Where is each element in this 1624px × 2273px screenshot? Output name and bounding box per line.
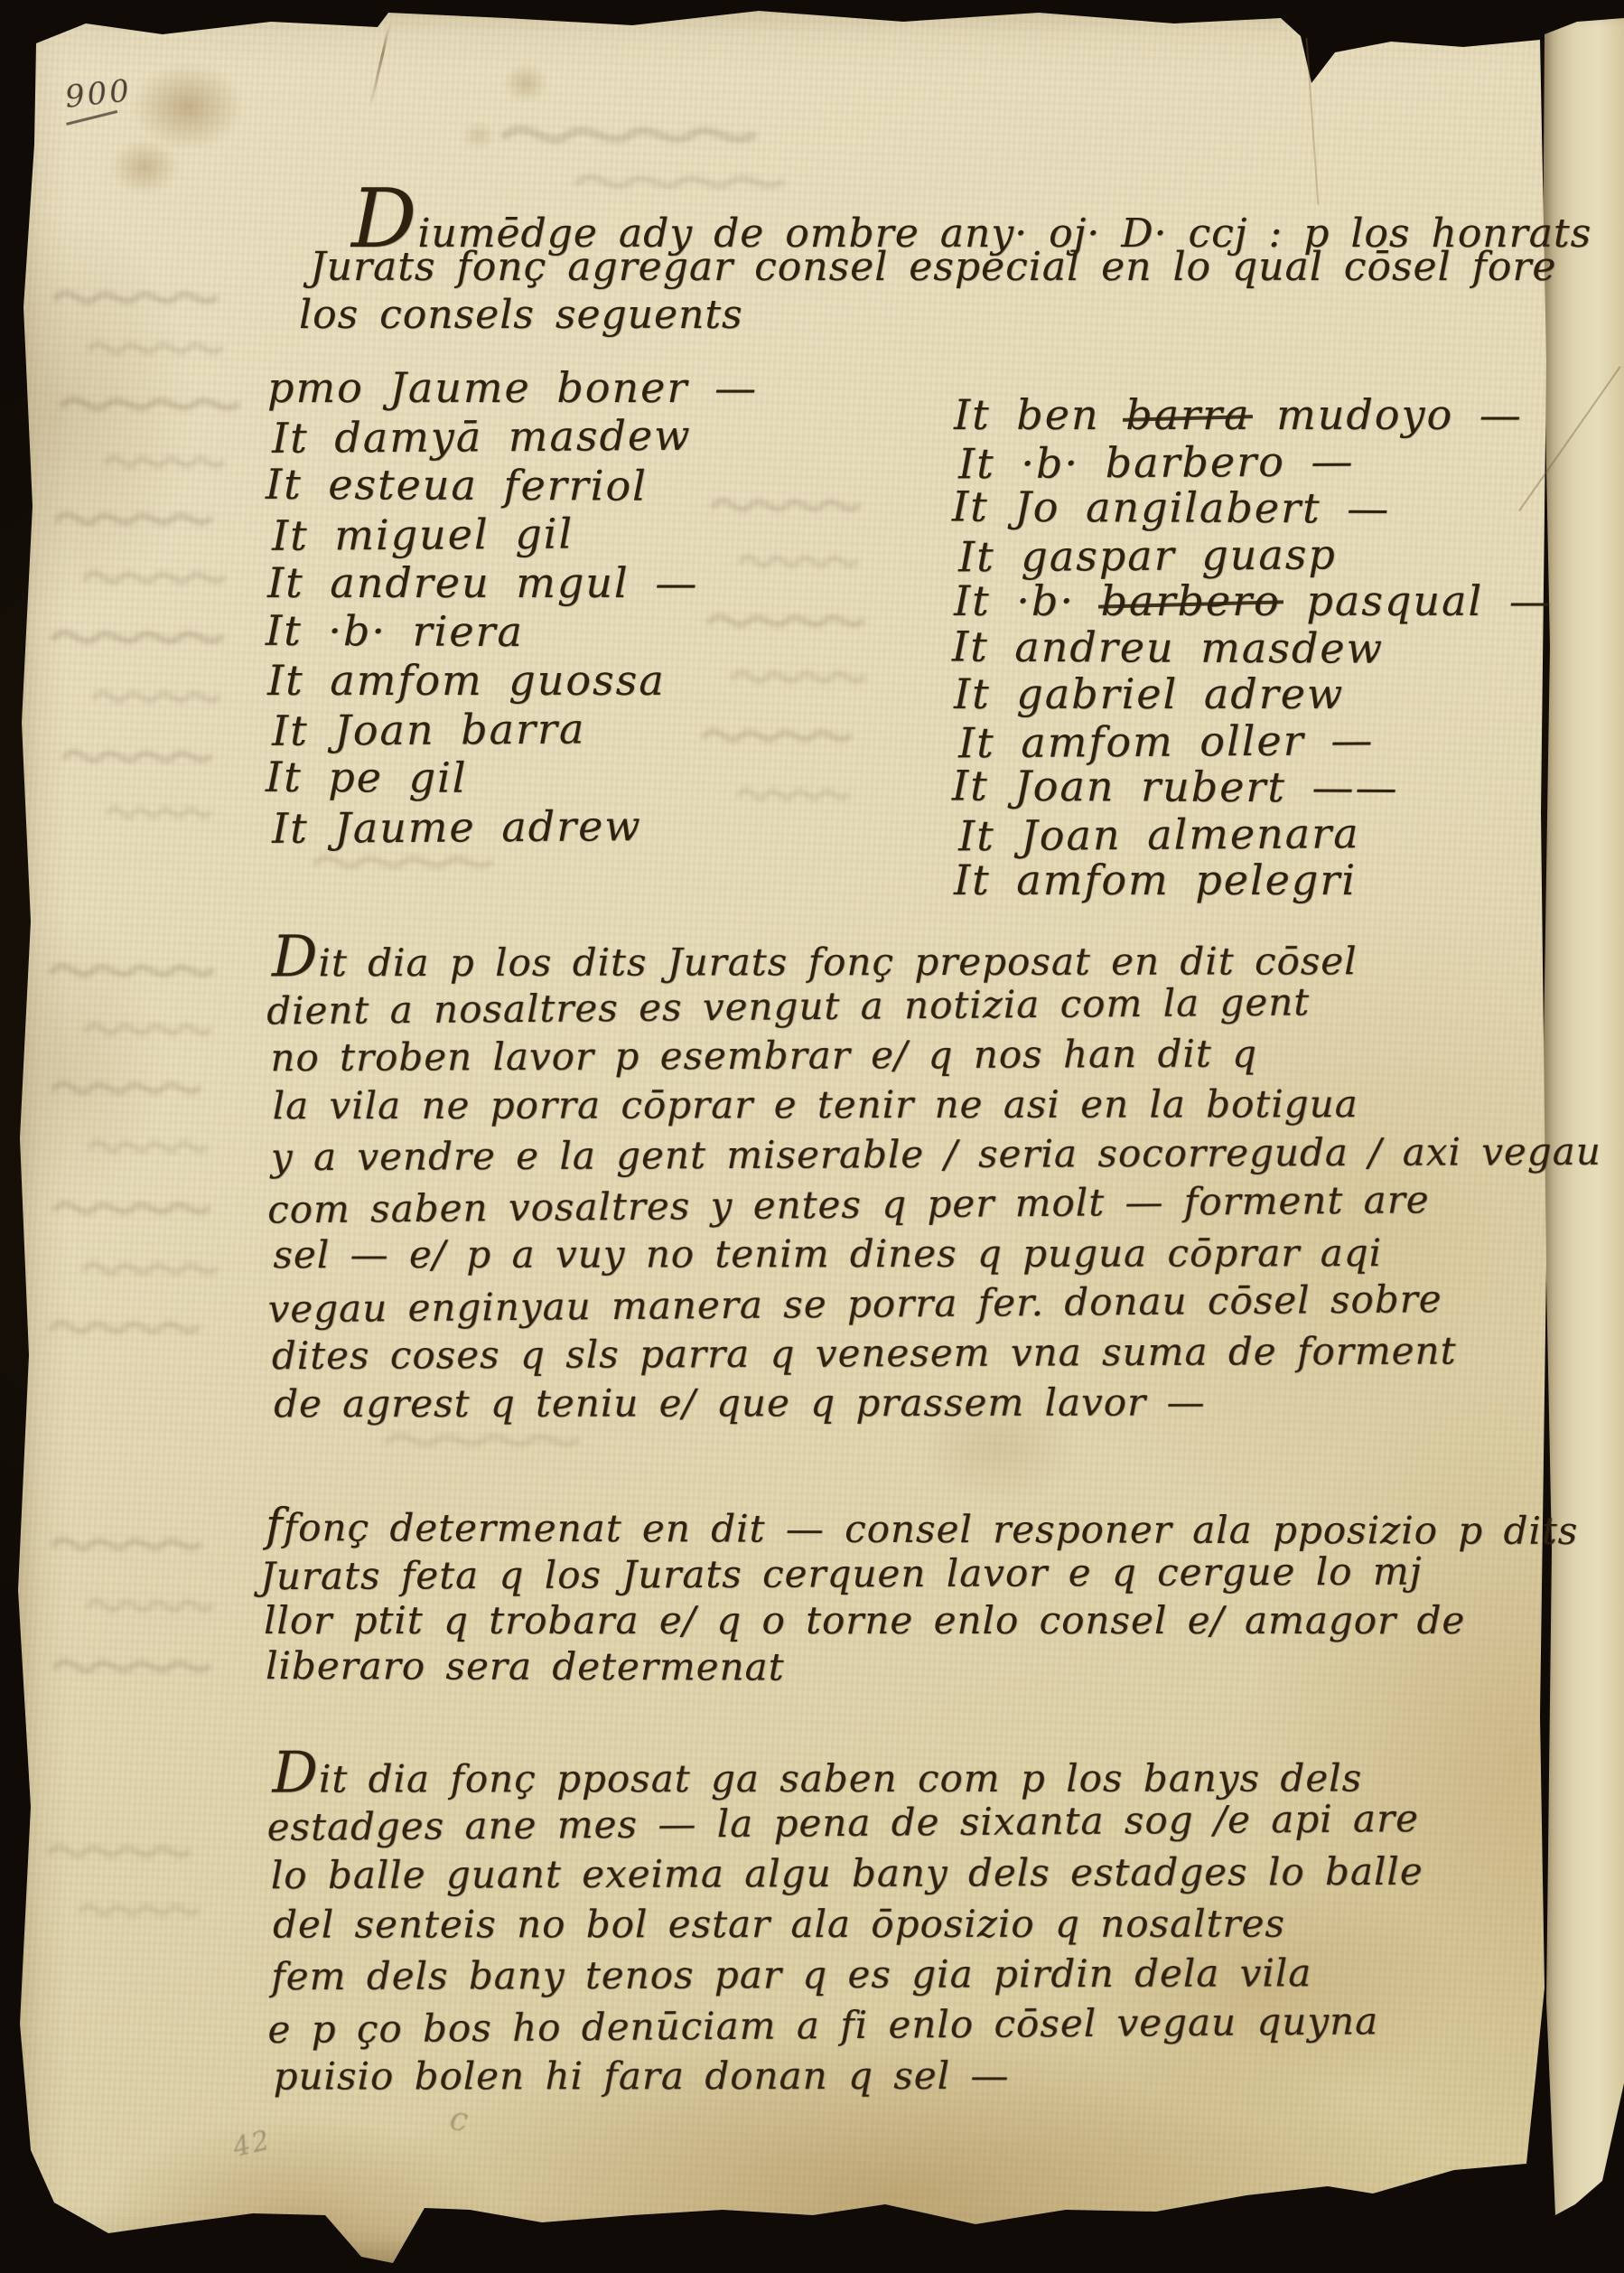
councillor-name: It gabriel adrew <box>954 671 1553 718</box>
manuscript-line: vegau enginyau manera se porra fer. dona… <box>267 1273 1598 1334</box>
councillors-left-column: pmo Jaume boner —It damyā masdewIt esteu… <box>267 363 758 851</box>
manuscript-line: y a vendre e la gent miserable / seria s… <box>271 1127 1601 1182</box>
manuscript-line: Jurats feta q los Jurats cerquen lavor e… <box>260 1548 1573 1600</box>
councillor-name: It ·b· barbero — <box>958 436 1557 487</box>
councillor-name: It amfom pelegri <box>954 857 1553 904</box>
councillor-name: It Joan barra <box>272 703 762 755</box>
councillor-name: It miguel gil <box>272 508 762 560</box>
manuscript-line: sel — e/ p a vuy no tenim dines q pugua … <box>273 1228 1603 1280</box>
paragraph-resolution: ffonç determenat en dit — consel respone… <box>264 1503 1576 1691</box>
councillor-name: It ben barra mudoyo — <box>954 392 1553 439</box>
councillor-name: It Joan rubert —— <box>952 763 1551 812</box>
manuscript-line: los consels seguents <box>299 291 1591 339</box>
manuscript-line: ffonç determenat en dit — consel respone… <box>266 1501 1578 1552</box>
manuscript-line: dites coses q sls parra q venesem vna su… <box>272 1325 1602 1380</box>
manuscript-line: com saben vosaltres y entes q per molt —… <box>267 1174 1598 1235</box>
councillor-name: It pe gil <box>266 753 756 803</box>
councillor-name: It gaspar guasp <box>958 529 1557 580</box>
paragraph-banys: Dit dia fonç pposat ga saben com p los b… <box>270 1745 1423 2103</box>
councillor-name: It andreu mgul — <box>267 558 758 607</box>
councillor-name: It Joan almenara <box>958 809 1557 859</box>
councillor-name: pmo Jaume boner — <box>267 363 758 412</box>
councillor-name: It andreu masdew <box>952 623 1551 672</box>
manuscript-line: lo balle guant exeima algu bany dels est… <box>271 1847 1423 1901</box>
councillor-name: It amfom oller — <box>958 716 1557 766</box>
manuscript-line: Dit dia fonç pposat ga saben com p los b… <box>272 1746 1424 1798</box>
folio-number: 900 <box>63 72 134 116</box>
councillor-name: It ·b· riera <box>266 606 756 657</box>
struck-out-word: barra <box>1125 390 1250 439</box>
councillor-name: It ·b· barbero pasqual — <box>954 578 1553 625</box>
manuscript-line: del senteis no bol estar ala ōposizio q … <box>273 1898 1425 1950</box>
manuscript-line: estadges ane mes — la pena de sixanta so… <box>266 1793 1419 1853</box>
manuscript-line: liberaro sera determenat <box>266 1642 1578 1693</box>
councillor-name: It damyā masdew <box>272 410 762 463</box>
manuscript-line: no troben lavor p esembrar e/ q nos han … <box>270 1027 1601 1082</box>
session-heading: Diumēdge ady de ombre any· oj· D· ccj : … <box>257 195 1591 339</box>
manuscript-line: e p ço bos ho denūciam a fi enlo cōsel v… <box>267 1996 1420 2055</box>
manuscript-photo: 900 Diumēdge ady de ombre any· oj· D· cc… <box>0 0 1624 2273</box>
paragraph-seed-proposal: Dit dia p los dits Jurats fonç preposat … <box>270 928 1602 1430</box>
councillor-name: It Jaume adrew <box>272 800 762 853</box>
manuscript-line: Diumēdge ady de ombre any· oj· D· ccj : … <box>351 195 1591 243</box>
manuscript-line: dient a nosaltres es vengut a notizia co… <box>266 975 1597 1036</box>
manuscript-line: fem dels bany tenos par q es gia pirdin … <box>271 1948 1423 2002</box>
councillor-name: It amfom guossa <box>267 656 758 705</box>
manuscript-line: de agrest q teniu e/ que q prassem lavor… <box>274 1377 1604 1429</box>
manuscript-line: la vila ne porra cōprar e tenir ne asi e… <box>273 1079 1603 1131</box>
councillor-name: It esteua ferriol <box>266 460 756 510</box>
manuscript-line: puisio bolen hi fara donan q sel — <box>274 2050 1426 2101</box>
manuscript-line: llor ptit q trobara e/ q o torne enlo co… <box>264 1597 1576 1644</box>
councillor-name: It Jo angilabert — <box>952 484 1551 533</box>
manuscript-line: Dit dia p los dits Jurats fonç preposat … <box>272 930 1602 982</box>
councillors-right-column: It ben barra mudoyo —It ·b· barbero —It … <box>954 392 1553 904</box>
manuscript-line: Jurats fonç agregar consel especial en l… <box>310 243 1591 291</box>
struck-out-word: barbero <box>1101 576 1281 625</box>
